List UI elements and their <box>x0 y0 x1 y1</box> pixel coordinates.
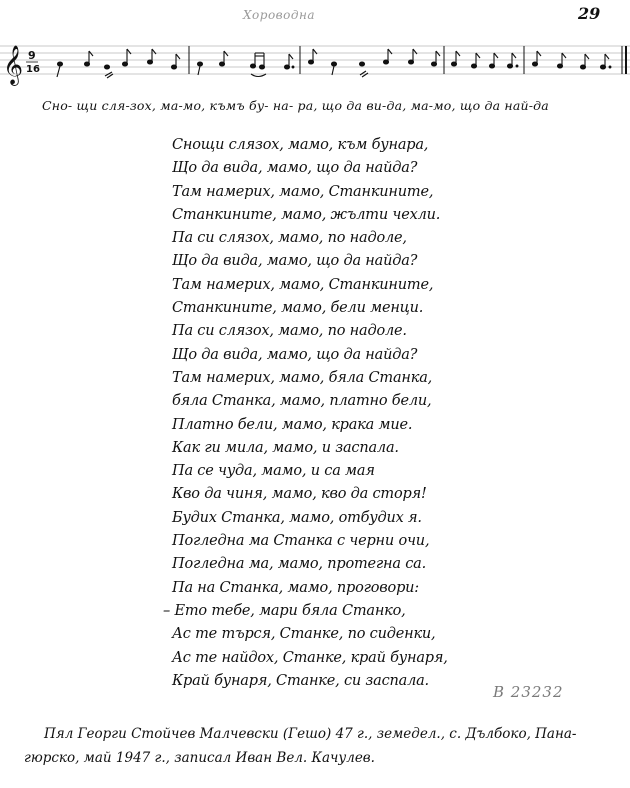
verse-line: Погледна ма, мамо, протегна са. <box>172 553 472 576</box>
verse-line: бяла Станка, мамо, платно бели, <box>172 390 472 413</box>
verse-line: Как ги мила, мамо, и заспала. <box>172 437 472 460</box>
verse-line: Станкините, мамо, бели менци. <box>172 297 472 320</box>
page-title: Хороводна <box>243 8 315 22</box>
verse-line: Ас те търся, Станке, по сиденки, <box>172 623 472 646</box>
verse-line: Що да вида, мамо, що да найда? <box>172 250 472 273</box>
treble-clef-icon: 𝄞 <box>3 45 23 86</box>
archive-number: В 23232 <box>493 683 564 701</box>
song-text: Снощи слязох, мамо, към бунара, Що да ви… <box>172 134 472 693</box>
verse-line: Па си слязох, мамо, по надоле. <box>172 320 472 343</box>
verse-line: Па си слязох, мамо, по надоле, <box>172 227 472 250</box>
source-note-line-1: Пял Георги Стойчев Малчевски (Гешо) 47 г… <box>24 722 614 746</box>
verse-line: Ас те найдох, Станке, край бунаря, <box>172 647 472 670</box>
time-signature-denominator: 16 <box>26 64 40 75</box>
music-lyric-underlay: Сно- щи сля-зох, ма-мо, къмъ бу- на- ра,… <box>42 98 630 113</box>
verse-line: – Ето тебе, мари бяла Станко, <box>163 600 472 623</box>
verse-line: Там намерих, мамо, бяла Станка, <box>172 367 472 390</box>
verse-line: Па на Станка, мамо, проговори: <box>172 577 472 600</box>
verse-line: Снощи слязох, мамо, към бунара, <box>172 134 472 157</box>
verse-line: Станкините, мамо, жълти чехли. <box>172 204 472 227</box>
verse-line: Там намерих, мамо, Станкините, <box>172 274 472 297</box>
music-staff: 𝄞 9 16 <box>0 40 630 90</box>
verse-line: Па се чуда, мамо, и са мая <box>172 460 472 483</box>
verse-line: Що да вида, мамо, що да найда? <box>172 157 472 180</box>
page-number: 29 <box>578 4 600 23</box>
verse-line: Край бунаря, Станке, си заспала. <box>172 670 472 693</box>
verse-line: Кво да чиня, мамо, кво да сторя! <box>172 483 472 506</box>
source-note: Пял Георги Стойчев Малчевски (Гешо) 47 г… <box>24 722 614 770</box>
verse-line: Погледна ма Станка с черни очи, <box>172 530 472 553</box>
verse-line: Будих Станка, мамо, отбудих я. <box>172 507 472 530</box>
verse-line: Що да вида, мамо, що да найда? <box>172 344 472 367</box>
source-note-line-2: гюрско, май 1947 г., записал Иван Вел. К… <box>24 746 614 770</box>
verse-line: Платно бели, мамо, крака мие. <box>172 414 472 437</box>
time-signature-numerator: 9 <box>28 49 36 62</box>
verse-line: Там намерих, мамо, Станкините, <box>172 181 472 204</box>
